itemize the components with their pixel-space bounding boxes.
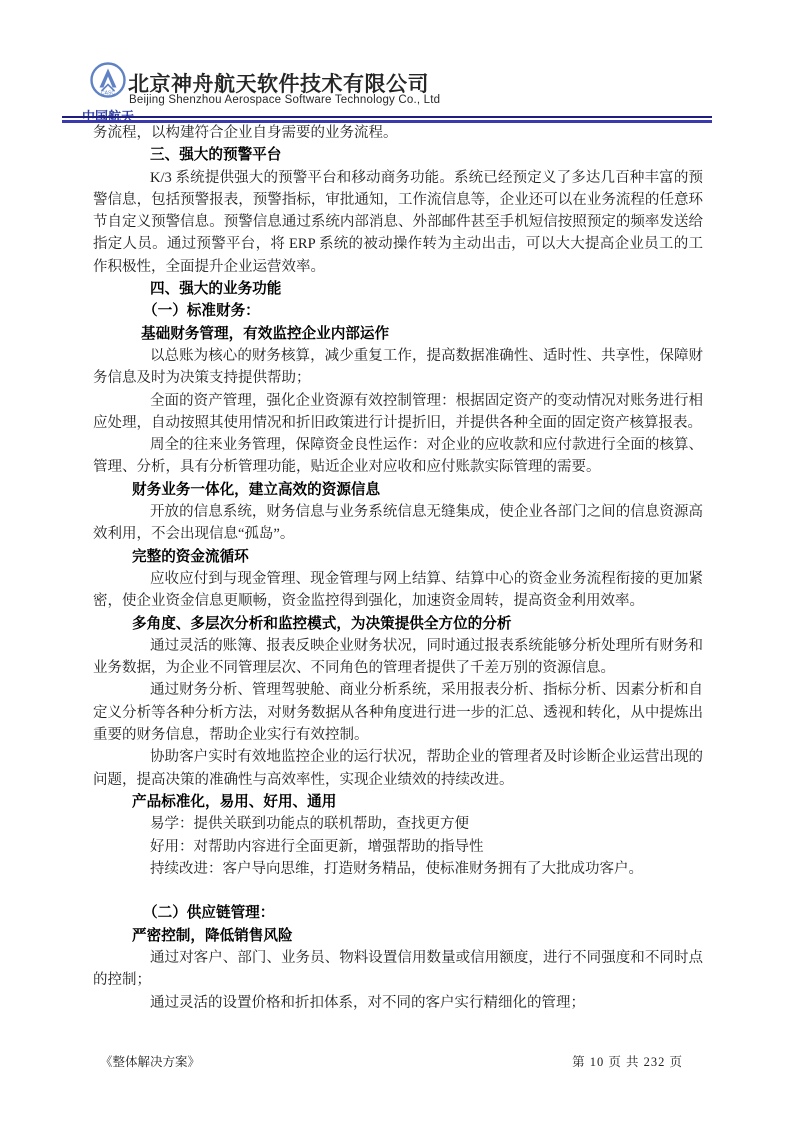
body-paragraph: K/3 系统提供强大的预警平台和移动商务功能。系统已经预定义了多达几百种丰富的预… bbox=[93, 167, 703, 278]
body-paragraph: 全面的资产管理，强化企业资源有效控制管理：根据固定资产的变动情况对账务进行相应处… bbox=[93, 390, 703, 435]
feature-heading: 基础财务管理，有效监控企业内部运作 bbox=[93, 323, 703, 345]
blank-line bbox=[93, 880, 703, 902]
body-paragraph: 以总账为核心的财务核算，减少重复工作，提高数据准确性、适时性、共享性，保障财务信… bbox=[93, 345, 703, 390]
body-paragraph: 持续改进：客户导向思维，打造财务精品，使标准财务拥有了大批成功客户。 bbox=[93, 858, 703, 880]
footer-document-title: 《整体解决方案》 bbox=[100, 1052, 200, 1070]
body-paragraph: 好用：对帮助内容进行全面更新，增强帮助的指导性 bbox=[93, 836, 703, 858]
body-paragraph: 通过对客户、部门、业务员、物料设置信用数量或信用额度，进行不同强度和不同时点的控… bbox=[93, 947, 703, 992]
subsection-heading: （一）标准财务： bbox=[93, 300, 703, 322]
body-paragraph: 协助客户实时有效地监控企业的运行状况，帮助企业的管理者及时诊断企业运营出现的问题… bbox=[93, 746, 703, 791]
body-paragraph: 务流程，以构建符合企业自身需要的业务流程。 bbox=[93, 122, 703, 144]
body-paragraph: 易学：提供关联到功能点的联机帮助，查找更方便 bbox=[93, 813, 703, 835]
body-paragraph: 通过财务分析、管理驾驶舱、商业分析系统，采用报表分析、指标分析、因素分析和自定义… bbox=[93, 679, 703, 746]
document-page: CASC 中国航天 北京神舟航天软件技术有限公司 Beijing Shenzho… bbox=[0, 0, 793, 1122]
section-heading: 四、强大的业务功能 bbox=[93, 278, 703, 300]
body-paragraph: 通过灵活的账簿、报表反映企业财务状况，同时通过报表系统能够分析处理所有财务和业务… bbox=[93, 635, 703, 680]
body-paragraph: 周全的往来业务管理，保障资金良性运作：对企业的应收款和应付款进行全面的核算、管理… bbox=[93, 434, 703, 479]
feature-heading: 多角度、多层次分析和监控模式，为决策提供全方位的分析 bbox=[93, 613, 703, 635]
feature-heading: 完整的资金流循环 bbox=[93, 546, 703, 568]
company-name-english: Beijing Shenzhou Aerospace Software Tech… bbox=[129, 94, 440, 106]
feature-heading: 产品标准化，易用、好用、通用 bbox=[93, 791, 703, 813]
footer-page-number: 第 10 页 共 232 页 bbox=[572, 1052, 683, 1070]
subsection-heading: （二）供应链管理： bbox=[93, 902, 703, 924]
body-paragraph: 应收应付到与现金管理、现金管理与网上结算、结算中心的资金业务流程衔接的更加紧密，… bbox=[93, 568, 703, 613]
feature-heading: 严密控制，降低销售风险 bbox=[93, 925, 703, 947]
feature-heading: 财务业务一体化，建立高效的资源信息 bbox=[93, 479, 703, 501]
body-paragraph: 通过灵活的设置价格和折扣体系，对不同的客户实行精细化的管理； bbox=[93, 992, 703, 1014]
body-paragraph: 开放的信息系统，财务信息与业务系统信息无缝集成，使企业各部门之间的信息资源高效利… bbox=[93, 501, 703, 546]
document-body: 务流程，以构建符合企业自身需要的业务流程。 三、强大的预警平台 K/3 系统提供… bbox=[93, 122, 703, 1014]
svg-text:CASC: CASC bbox=[101, 91, 115, 97]
section-heading: 三、强大的预警平台 bbox=[93, 144, 703, 166]
casc-aerospace-logo-icon: CASC bbox=[87, 61, 129, 101]
